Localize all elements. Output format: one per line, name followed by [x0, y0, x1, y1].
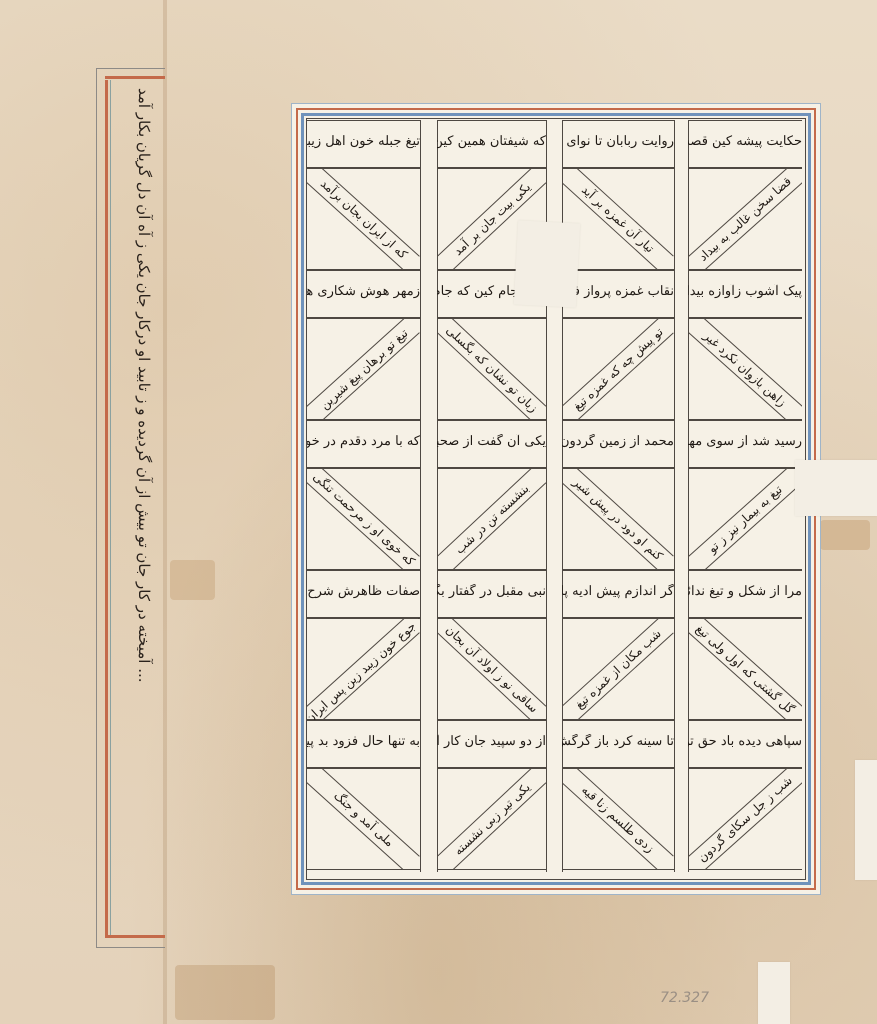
verse-text: گر اندازم پیش ادیه پای [562, 584, 674, 599]
green-rule [110, 80, 111, 936]
verse-text: که شیفتان همین کین قصه گفت [437, 134, 546, 149]
frame-bottom [97, 947, 165, 948]
verse-text: مرا از شکل و تیغ ندائی [688, 584, 802, 599]
verse-text: نقاب غمزه پرواز فزند [562, 284, 674, 299]
verse-text: شب ز جل سکای گردون [695, 773, 795, 864]
row-rule [562, 720, 674, 721]
row-rule [437, 120, 546, 121]
verse-text: که از ایران بجان برآمد [317, 176, 409, 261]
red-rule [105, 80, 108, 936]
stain [820, 520, 870, 550]
verse-text: کنم او دود در پیش شیر [571, 475, 666, 563]
verse-text: شب مکان از غمزه تیغ [572, 626, 664, 711]
verse-band-cell: زمهر هوش شکاری هم کشی [307, 270, 420, 318]
verse-text: زدی طلسم زنا قیه [579, 783, 657, 856]
stain [175, 965, 275, 1020]
repair-patch [795, 460, 877, 516]
verse-text: یکی تیر زبی نشسته [451, 780, 533, 858]
verse-band-cell: گر اندازم پیش ادیه پای [562, 570, 674, 618]
row-rule [307, 720, 420, 721]
verse-band-cell: یکی آن گفت از صحبت الهی [437, 420, 546, 468]
row-rule [437, 720, 546, 721]
red-rule-bottom [105, 935, 165, 938]
verse-text: تیغ تو برهان پیغ شیرین [317, 326, 410, 412]
row-rule [688, 720, 802, 721]
row-rule [307, 420, 420, 421]
verse-diagonal-cell: شب ز جل سکای گردون [688, 768, 802, 870]
verse-diagonal-cell: زبان تو نشان که بگسلی [437, 318, 546, 420]
verse-diagonal-cell: زاهن بازوان نکرد غیر [688, 318, 802, 420]
verse-text: از دو سپید جان کار آن بزم [437, 734, 546, 749]
verse-text: پیک آشوب زآوازه بیداد [688, 284, 802, 299]
verse-text: بنشسته تن در شب [452, 481, 531, 556]
red-rule-top [105, 76, 165, 79]
verse-diagonal-cell: ساقی نو ز اولاد آن بجان [437, 618, 546, 720]
verse-text: ساقی نو ز اولاد آن بجان [443, 623, 541, 716]
verse-text: که با مرد دقدم در خون سلطانی [307, 434, 420, 449]
row-rule [307, 120, 420, 121]
left-fragment-text: آمیخته در کار جان تو بیش از آن گردیده و … [124, 88, 164, 928]
verse-band-cell: پیک آشوب زآوازه بیداد [688, 270, 802, 318]
verse-diagonal-cell: تو پیش چه که غمزه تیغ [562, 318, 674, 420]
verse-band-cell: روایت ربابان تا نوای تیز [562, 120, 674, 168]
row-rule [688, 270, 802, 271]
verse-band-cell: محمد از زمین گردون و فلق [562, 420, 674, 468]
accession-number: 72.327 [660, 990, 709, 1006]
verse-diagonal-cell: بنشسته تن در شب [437, 468, 546, 570]
verse-text: محمد از زمین گردون و فلق [562, 434, 674, 449]
verse-band-cell: مرا از شکل و تیغ ندائی [688, 570, 802, 618]
verse-band-cell: نبی مقبل در گفتار بگشود [437, 570, 546, 618]
verse-text: قضا سخن غالب به بیداد [696, 174, 794, 264]
verse-text: یکی آن گفت از صحبت الهی [437, 434, 546, 449]
row-rule [688, 570, 802, 571]
row-rule [562, 570, 674, 571]
repair-patch [855, 760, 877, 880]
verse-band-cell: به تنها حال فزود بد پیمان [307, 720, 420, 768]
verse-text: حکایت پیشه کین قصه روایت [688, 134, 802, 149]
repair-patch [514, 220, 580, 307]
verse-text: زبان تو نشان که بگسلی [443, 323, 540, 415]
row-rule [688, 420, 802, 421]
verse-diagonal-cell: تیغ به بیمار نیز ز تو [688, 468, 802, 570]
verse-text: تیغ به بیمار نیز ز تو [705, 482, 785, 555]
verse-band-cell: که با مرد دقدم در خون سلطانی [307, 420, 420, 468]
verse-text: زمهر هوش شکاری هم کشی [307, 284, 420, 299]
row-rule [307, 270, 420, 271]
verse-band-cell: نقاب غمزه پرواز فزند [562, 270, 674, 318]
verse-diagonal-cell: تیار آن غمزه بر آید [562, 168, 674, 270]
verse-text: سپاهی دیده باد حق تن [688, 734, 802, 749]
row-rule [562, 120, 674, 121]
verse-text: تو پیش چه که غمزه تیغ [570, 325, 665, 414]
verse-text: رسید شد از سوی مهرانوا [688, 434, 802, 449]
row-rule [562, 270, 674, 271]
verse-text: گل گشتی که اول ولی تیغ [693, 622, 797, 717]
verse-text: ز جوع خون زیبد زین پس ایران [307, 618, 420, 720]
repair-patch [758, 962, 790, 1024]
verse-text: به تنها حال فزود بد پیمان [307, 734, 420, 749]
verse-diagonal-cell: زدی طلسم زنا قیه [562, 768, 674, 870]
verse-text: صفات ظاهرش شرح فزود [307, 584, 420, 599]
row-rule [562, 420, 674, 421]
frame-top [97, 68, 165, 69]
verse-band-cell: رسید شد از سوی مهرانوا [688, 420, 802, 468]
verse-text: ملی آمد و جنگ [331, 789, 396, 850]
row-rule [688, 120, 802, 121]
verse-text: نبی مقبل در گفتار بگشود [437, 584, 546, 599]
verse-band-cell: تیغ جبله خون اهل زیبکت [307, 120, 420, 168]
row-rule [437, 420, 546, 421]
stain [170, 560, 215, 600]
verse-diagonal-cell: که خوی او ز مرحمت تنگی [307, 468, 420, 570]
verse-diagonal-cell: تیغ تو برهان پیغ شیرین [307, 318, 420, 420]
verse-diagonal-cell: کنم او دود در پیش شیر [562, 468, 674, 570]
verse-diagonal-cell: یکی تیر زبی نشسته [437, 768, 546, 870]
column-rule [420, 120, 421, 872]
verse-band-cell: که شیفتان همین کین قصه گفت [437, 120, 546, 168]
verse-band-cell: تا سینه کرد باز گرگش [562, 720, 674, 768]
verse-band-cell: از دو سپید جان کار آن بزم [437, 720, 546, 768]
verse-text: تیار آن غمزه بر آید [579, 183, 657, 256]
verse-text: زاهن بازوان نکرد غیر [701, 329, 789, 410]
verse-diagonal-cell: قضا سخن غالب به بیداد [688, 168, 802, 270]
column-rule [674, 120, 675, 872]
row-rule [307, 570, 420, 571]
verse-text: که خوی او ز مرحمت تنگی [310, 470, 417, 569]
verse-diagonal-cell: ز جوع خون زیبد زین پس ایران [307, 618, 420, 720]
verse-diagonal-cell: که از ایران بجان برآمد [307, 168, 420, 270]
verse-text: روایت ربابان تا نوای تیز [562, 134, 674, 149]
verse-diagonal-cell: گل گشتی که اول ولی تیغ [688, 618, 802, 720]
verse-band-cell: حکایت پیشه کین قصه روایت [688, 120, 802, 168]
verse-text: تا سینه کرد باز گرگش [562, 734, 674, 749]
verse-band-cell: صفات ظاهرش شرح فزود [307, 570, 420, 618]
verse-text: تیغ جبله خون اهل زیبکت [307, 134, 420, 149]
verse-diagonal-cell: شب مکان از غمزه تیغ [562, 618, 674, 720]
verse-band-cell: سپاهی دیده باد حق تن [688, 720, 802, 768]
verse-diagonal-cell: ملی آمد و جنگ [307, 768, 420, 870]
row-rule [437, 570, 546, 571]
